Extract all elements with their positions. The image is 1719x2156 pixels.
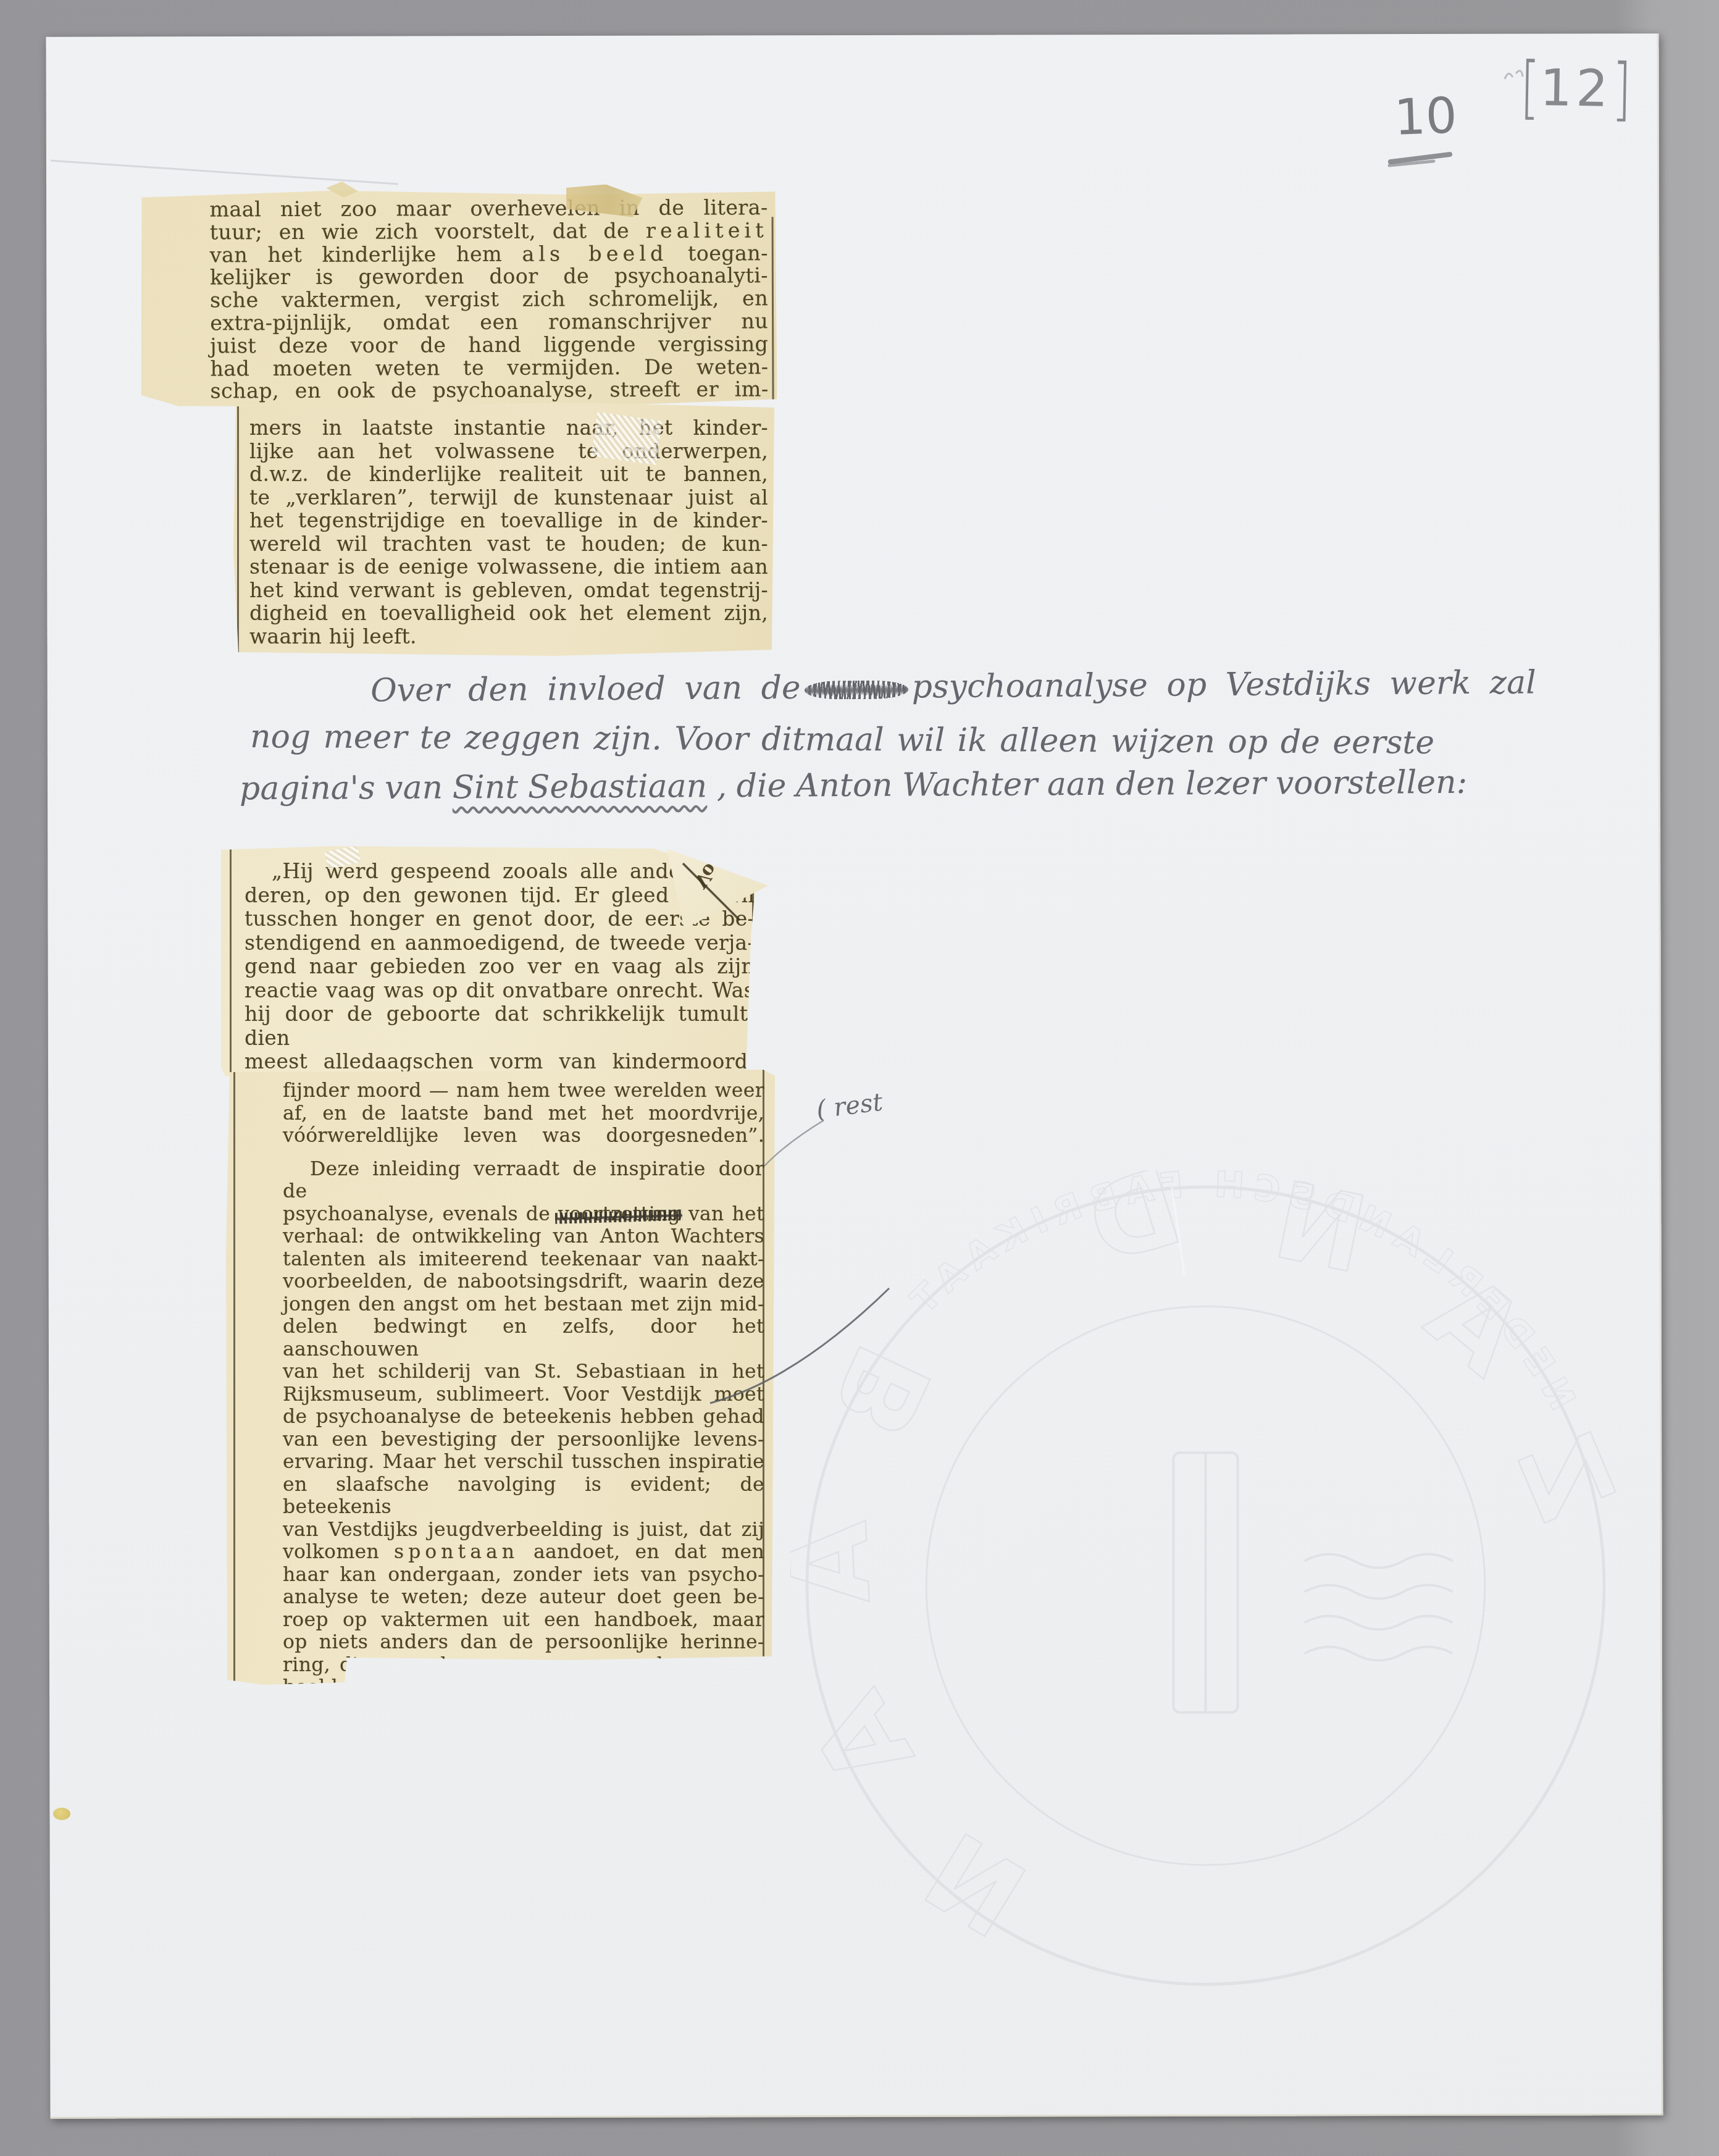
ink-scratched-word: voortzetting xyxy=(558,1203,680,1225)
clipping-line: hij door de geboorte dat schrikkelijk tu… xyxy=(245,1002,755,1050)
newspaper-clipping-4: fijnder moord — nam hem twee werelden we… xyxy=(226,1070,777,1685)
clipping-line: delen bedwingt en zelfs, door het aansch… xyxy=(283,1315,764,1361)
clipping-text-column: maal niet zoo maar overhevelen in de lit… xyxy=(209,196,768,403)
clipping-line: Deze inleiding verraadt de inspiratie do… xyxy=(283,1158,764,1203)
letterspaced-word: realiteit xyxy=(646,218,768,243)
clipping-line: tusschen honger en genot door, de eerste… xyxy=(245,907,755,931)
clipping-line: gend naar gebieden zoo ver en vaag als z… xyxy=(245,955,755,979)
clipping-line: talenten als imiteerend teekenaar van na… xyxy=(283,1248,764,1271)
clipping-line: had moeten weten te vermijden. De weten- xyxy=(210,356,768,380)
clipping-text-column: mers in laatste instantie naar, het kind… xyxy=(249,416,768,648)
clipping-line: sche vaktermen, vergist zich schromelijk… xyxy=(210,287,768,312)
clipping-line: fijnder moord — nam hem twee werelden we… xyxy=(283,1080,764,1102)
bracket-number-pencil: [12] xyxy=(1520,58,1632,119)
letterspaced-word: spontaan xyxy=(394,1541,519,1563)
clipping-line: stenaar is de eenige volwassene, die int… xyxy=(249,555,768,579)
handwriting-text: pagina's van xyxy=(240,769,453,807)
clipping-line: van het kinderlijke hem als beeld toegan… xyxy=(210,242,768,267)
gauze-patch xyxy=(592,412,663,465)
paragraph-gap xyxy=(283,1147,764,1158)
glue-spot xyxy=(53,1808,70,1820)
clipping-line: verhaal: de ontwikkeling van Anton Wacht… xyxy=(283,1225,764,1248)
clipping-line: lijke aan het volwassene te onderwerpen, xyxy=(249,440,768,463)
clipping-line: roep op vaktermen uit een handboek, maar xyxy=(283,1609,764,1632)
clipping-line: van het schilderij van St. Sebastiaan in… xyxy=(283,1361,764,1383)
clipping-line: te „verklaren”, terwijl de kunstenaar ju… xyxy=(249,486,768,510)
clipping-line: tuur; en wie zich voorstelt, dat de real… xyxy=(210,219,768,244)
clipping-line: op niets anders dan de persoonlijke heri… xyxy=(283,1631,764,1654)
column-rule xyxy=(772,217,774,402)
clipping-line: ervaring. Maar het verschil tusschen ins… xyxy=(283,1451,764,1474)
clipping-line: en slaafsche navolging is evident; de be… xyxy=(283,1474,764,1519)
clipping-line: wereld wil trachten vast te houden; de k… xyxy=(249,532,768,556)
clipping-line: af, en de laatste band met het moordvrij… xyxy=(283,1102,764,1125)
clipping-line: maal niet zoo maar overhevelen in de lit… xyxy=(209,196,767,221)
clipping-line: psychoanalyse, evenals de voortzetting v… xyxy=(283,1203,764,1226)
clipping-line: digheid en toevalligheid ook het element… xyxy=(249,602,768,625)
clipping-text-column: fijnder moord — nam hem twee werelden we… xyxy=(283,1080,764,1744)
clipping-line: de psychoanalyse de beteekenis hebben ge… xyxy=(283,1406,764,1428)
handwriting-text: psychoanalyse op Vestdijks werk zal xyxy=(912,664,1536,705)
handwriting-text: Over den invloed van de xyxy=(370,669,801,710)
clipping-line: Rijksmuseum, sublimeert. Voor Vestdijk m… xyxy=(283,1383,764,1406)
newspaper-clipping-1: maal niet zoo maar overhevelen in de lit… xyxy=(140,189,777,410)
handwriting-line-2: nog meer te zeggen zijn. Voor ditmaal wi… xyxy=(250,718,1434,761)
page-number-pencil: 10 xyxy=(1393,86,1458,146)
clipping-line: extra-pijnlijk, omdat een romanschrijver… xyxy=(210,310,768,335)
scratched-out-word xyxy=(805,681,908,700)
bracket-close: ] xyxy=(1611,49,1632,129)
clipping-line: schap, en ook de psychoanalyse, streeft … xyxy=(210,379,768,403)
clipping-line: d.w.z. de kinderlijke realiteit uit te b… xyxy=(249,463,768,486)
clipping-line: reactie vaag was op dit onvatbare onrech… xyxy=(245,979,755,1003)
archival-scan: ZAND BAAN NEDERLANDSCH FABRIKAAT maal ni… xyxy=(0,0,1719,2156)
clipping-line: jongen den angst om het bestaan met zijn… xyxy=(283,1293,764,1316)
paper-watermark: ZAND BAAN NEDERLANDSCH FABRIKAAT xyxy=(790,1170,1621,2001)
clipping-line: van een bevestiging der persoonlijke lev… xyxy=(283,1428,764,1451)
handwriting-text: , die Anton Wachter aan den lezer voorst… xyxy=(707,764,1467,805)
bracket-open: [ xyxy=(1520,48,1541,128)
newspaper-clipping-2: mers in laatste instantie naar, het kind… xyxy=(233,403,776,657)
bracket-digits: 12 xyxy=(1539,59,1612,119)
clipping-line: het tegenstrijdige en toevallige in de k… xyxy=(249,509,768,532)
column-rule xyxy=(233,1070,235,1685)
column-rule xyxy=(230,845,232,1080)
clipping-line: haar kan ondergaan, zonder iets van psyc… xyxy=(283,1564,764,1587)
clipping-line: volkomen spontaan aandoet, en dat men xyxy=(283,1541,764,1564)
watermark-emblem xyxy=(1173,1453,1452,1712)
clipping-line: van Vestdijks jeugdverbeelding is juist,… xyxy=(283,1519,764,1541)
clipping-line: stendigend en aanmoedigend, de tweede ve… xyxy=(245,931,755,955)
underlined-title: Sint Sebastiaan xyxy=(452,768,707,806)
column-rule xyxy=(237,403,239,657)
clipping-line: het kind verwant is gebleven, omdat tege… xyxy=(249,579,768,602)
clipping-line: voorbeelden, de nabootsingsdrift, waarin… xyxy=(283,1270,764,1293)
clipping-line: kelijker is geworden door de psychoanaly… xyxy=(210,265,768,290)
handwriting-text: nog meer te zeggen zijn. Voor ditmaal wi… xyxy=(250,718,1434,761)
handwriting-line-3: pagina's van Sint Sebastiaan , die Anton… xyxy=(240,764,1467,807)
clipping-line: vóórwereldlijke leven was doorgesneden”. xyxy=(283,1125,764,1147)
letterspaced-word: als beeld xyxy=(522,241,667,266)
clipping-line: juist deze voor de hand liggende vergiss… xyxy=(210,333,768,358)
clipping-line: waarin hij leeft. xyxy=(249,625,768,648)
clipping-line: analyse te weten; deze auteur doet geen … xyxy=(283,1586,764,1609)
clipping-line: mers in laatste instantie naar, het kind… xyxy=(249,416,768,440)
